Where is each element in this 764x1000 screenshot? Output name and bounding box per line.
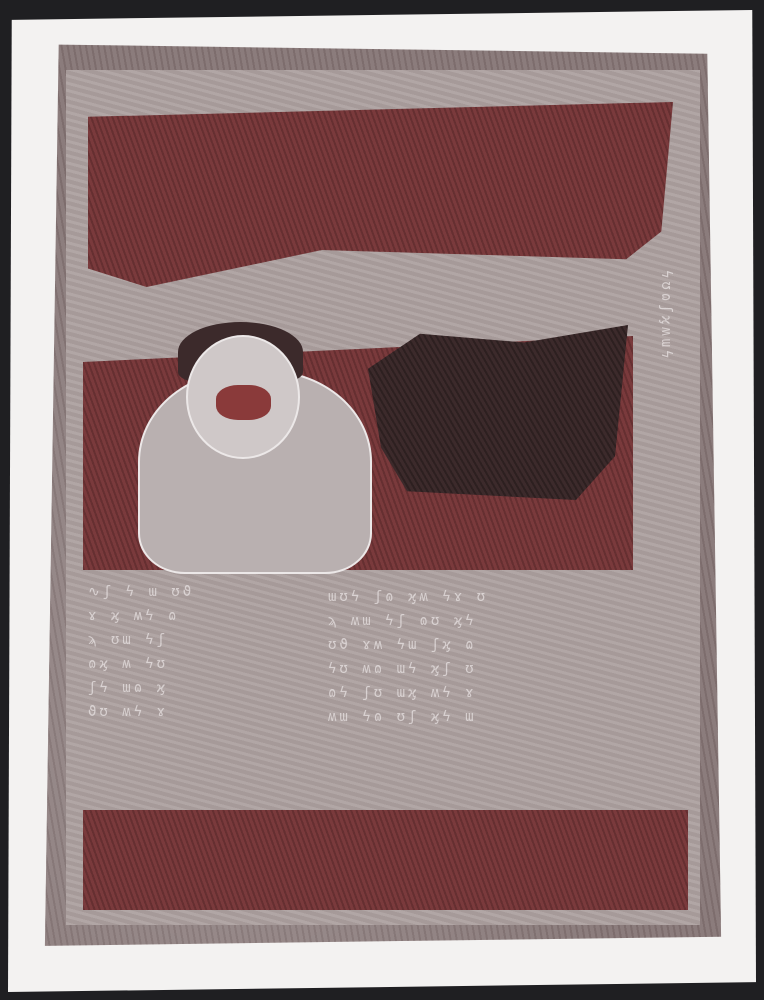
print-area: ∿ʃ ϟ ɯ ʊϑ ɤ ϗ ʍϟ ɷ ϡ ʊɯ ϟʃ ɷϗ ʍ ϟʊ ʃϟ ɯɷ… [38, 40, 728, 955]
dark-form [368, 325, 628, 500]
asemic-text-left: ∿ʃ ϟ ɯ ʊϑ ɤ ϗ ʍϟ ɷ ϡ ʊɯ ϟʃ ɷϗ ʍ ϟʊ ʃϟ ɯɷ… [88, 580, 288, 780]
bottom-maroon-band [83, 810, 688, 910]
asemic-text-right: ɯʊϟ ʃɷ ϗʍ ϟɤ ʊ ϡ ʍɯ ϟʃ ɷʊ ϗϟ ʊϑ ɤʍ ϟɯ ʃϗ… [328, 585, 668, 785]
asemic-text-vertical: ϟʊɷʃϗʍɯϟ [648, 270, 678, 540]
figure-face [216, 385, 271, 420]
